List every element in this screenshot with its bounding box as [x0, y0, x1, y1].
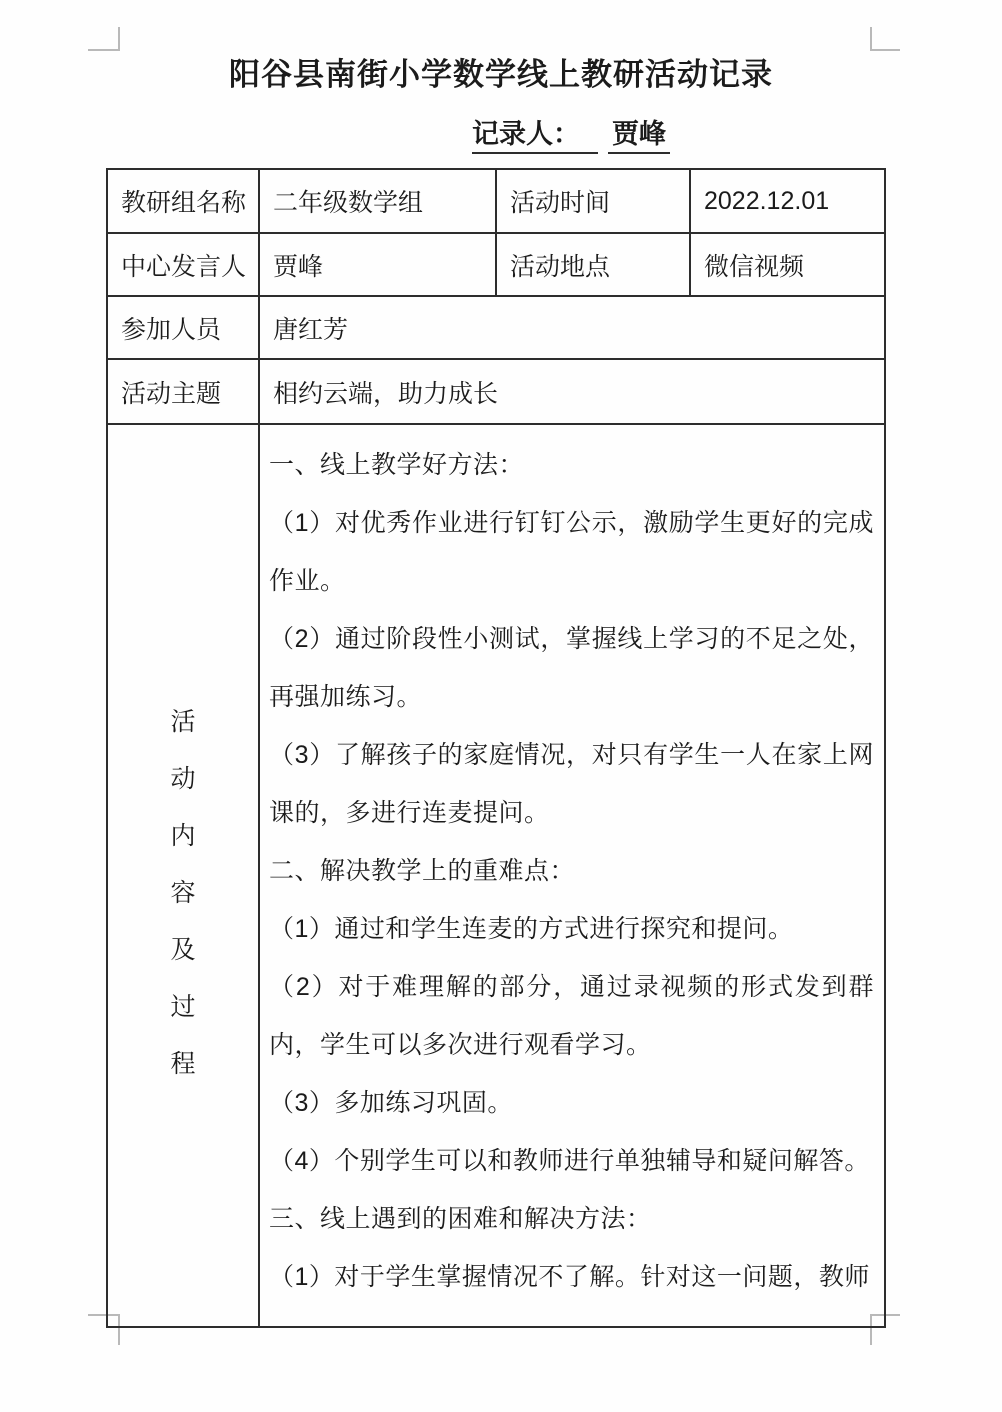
- activity-place-value: 微信视频: [690, 233, 885, 296]
- theme-value: 相约云端，助力成长: [259, 359, 885, 424]
- document-page: 阳谷县南街小学数学线上教研活动记录 记录人：贾峰 教研组名称 二年级数学组 活动…: [0, 0, 1002, 1412]
- content-row-label: 活动内容及过程: [169, 694, 198, 1093]
- page-title: 阳谷县南街小学数学线上教研活动记录: [0, 56, 1002, 94]
- table-row: 参加人员 唐红芳: [107, 296, 885, 359]
- activity-time-label: 活动时间: [496, 169, 690, 233]
- table-row: 中心发言人 贾峰 活动地点 微信视频: [107, 233, 885, 296]
- recorder-line: 记录人：贾峰: [472, 116, 670, 154]
- speaker-value: 贾峰: [259, 233, 496, 296]
- content-paragraph: （1）通过和学生连麦的方式进行探究和提问。: [269, 900, 874, 958]
- table-row: 教研组名称 二年级数学组 活动时间 2022.12.01: [107, 169, 885, 233]
- content-paragraph: （3）了解孩子的家庭情况，对只有学生一人在家上网课的，多进行连麦提问。: [269, 726, 874, 842]
- content-paragraph: （2）对于难理解的部分，通过录视频的形式发到群内，学生可以多次进行观看学习。: [269, 958, 874, 1074]
- participants-label: 参加人员: [107, 296, 259, 359]
- margin-corner-mark-top-right: [870, 27, 900, 51]
- content-paragraph: （1）对于学生掌握情况不了解。针对这一问题，教师: [269, 1248, 874, 1306]
- group-name-value: 二年级数学组: [259, 169, 496, 233]
- participants-value: 唐红芳: [259, 296, 885, 359]
- content-cell: 一、线上教学好方法：（1）对优秀作业进行钉钉公示，激励学生更好的完成作业。（2）…: [259, 424, 885, 1327]
- theme-label: 活动主题: [107, 359, 259, 424]
- content-paragraph: 三、线上遇到的困难和解决方法：: [269, 1190, 874, 1248]
- content-paragraph: （1）对优秀作业进行钉钉公示，激励学生更好的完成作业。: [269, 494, 874, 610]
- activity-record-table: 教研组名称 二年级数学组 活动时间 2022.12.01 中心发言人 贾峰 活动…: [106, 168, 886, 1328]
- activity-place-label: 活动地点: [496, 233, 690, 296]
- recorder-name: 贾峰: [608, 116, 670, 154]
- content-paragraph: （4）个别学生可以和教师进行单独辅导和疑问解答。: [269, 1132, 874, 1190]
- content-paragraph: （2）通过阶段性小测试，掌握线上学习的不足之处，再强加练习。: [269, 610, 874, 726]
- recorder-label: 记录人：: [472, 116, 598, 154]
- table-row-content: 活动内容及过程 一、线上教学好方法：（1）对优秀作业进行钉钉公示，激励学生更好的…: [107, 424, 885, 1327]
- table-row: 活动主题 相约云端，助力成长: [107, 359, 885, 424]
- content-row-label-cell: 活动内容及过程: [107, 424, 259, 1327]
- content-paragraph: 二、解决教学上的重难点：: [269, 842, 874, 900]
- content-paragraphs: 一、线上教学好方法：（1）对优秀作业进行钉钉公示，激励学生更好的完成作业。（2）…: [269, 436, 874, 1306]
- group-name-label: 教研组名称: [107, 169, 259, 233]
- content-paragraph: （3）多加练习巩固。: [269, 1074, 874, 1132]
- content-paragraph: 一、线上教学好方法：: [269, 436, 874, 494]
- speaker-label: 中心发言人: [107, 233, 259, 296]
- margin-corner-mark-top-left: [88, 27, 120, 51]
- activity-time-value: 2022.12.01: [690, 169, 885, 233]
